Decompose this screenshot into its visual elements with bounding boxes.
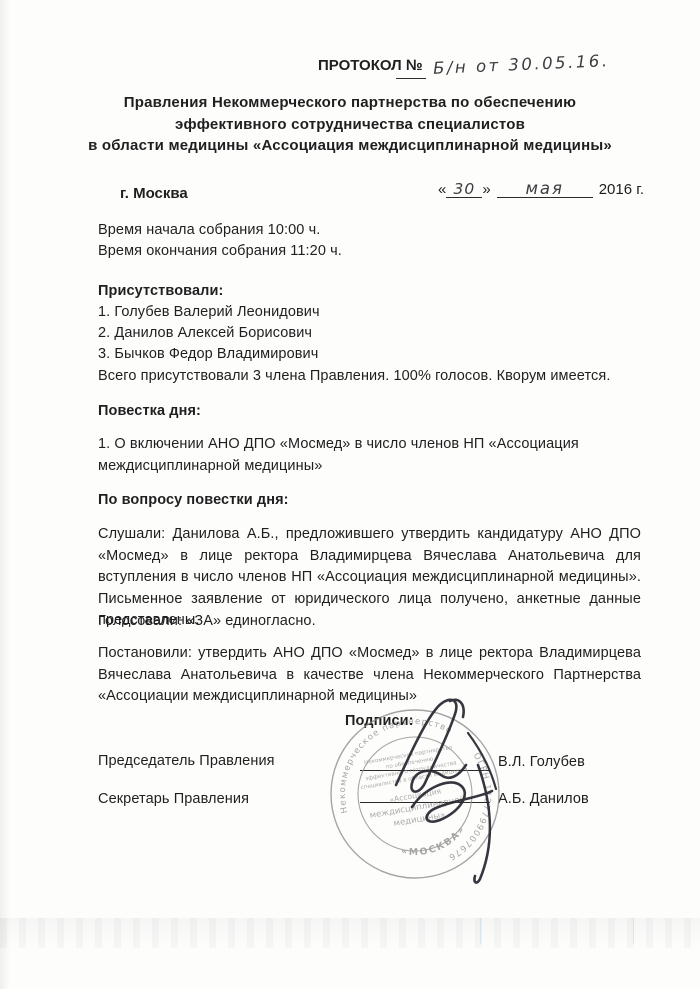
date-quote-open: « xyxy=(438,181,446,198)
date-month-handwritten: мая xyxy=(497,181,593,198)
role-chairman: Председатель Правления xyxy=(98,751,275,773)
document-page: ПРОТОКОЛ №Б/н от 30.05.16. Правления Нек… xyxy=(0,0,700,989)
voted-line: Голосовали: «ЗА» единогласно. xyxy=(98,611,316,633)
agenda-question-heading: По вопросу повестки дня: xyxy=(98,490,289,512)
date-day-handwritten: 30 xyxy=(446,182,482,198)
attendee-item: 2. Данилов Алексей Борисович xyxy=(98,323,312,345)
role-secretary: Секретарь Правления xyxy=(98,789,249,811)
chairman-signature xyxy=(396,700,466,792)
agenda-item: 1. О включении АНО ДПО «Мосмед» в число … xyxy=(98,433,641,477)
city-label: г. Москва xyxy=(120,185,188,202)
date-quote-close: » xyxy=(482,181,490,198)
scan-artifact-bottom-band xyxy=(0,918,700,948)
attendees-heading: Присутствовали: xyxy=(98,281,223,303)
title-line-3: в области медицины «Ассоциация междисцип… xyxy=(0,135,700,157)
title-line-2: эффективного сотрудничества специалистов xyxy=(0,114,700,136)
meeting-start-time: Время начала собрания 10:00 ч. xyxy=(98,220,320,242)
title-line-1: Правления Некоммерческого партнерства по… xyxy=(0,92,700,114)
date-row: «30»мая2016 г. xyxy=(438,181,644,198)
scan-artifact-streak xyxy=(633,918,634,944)
date-year: 2016 г. xyxy=(599,181,644,198)
ink-signatures-layer xyxy=(330,693,565,893)
protocol-number-underline xyxy=(396,78,426,79)
meeting-end-time: Время окончания собрания 11:20 ч. xyxy=(98,241,342,263)
protocol-number-row: ПРОТОКОЛ №Б/н от 30.05.16. xyxy=(318,57,609,75)
scan-artifact-streak xyxy=(480,918,481,944)
document-title: Правления Некоммерческого партнерства по… xyxy=(0,92,700,157)
agenda-heading: Повестка дня: xyxy=(98,401,201,423)
quorum-summary: Всего присутствовали 3 члена Правления. … xyxy=(98,366,610,388)
attendee-item: 1. Голубев Валерий Леонидович xyxy=(98,302,320,324)
protocol-number-handwritten: Б/н от 30.05.16. xyxy=(432,51,609,78)
attendee-item: 3. Бычков Федор Владимирович xyxy=(98,344,318,366)
protocol-number-label: ПРОТОКОЛ № xyxy=(318,57,423,74)
